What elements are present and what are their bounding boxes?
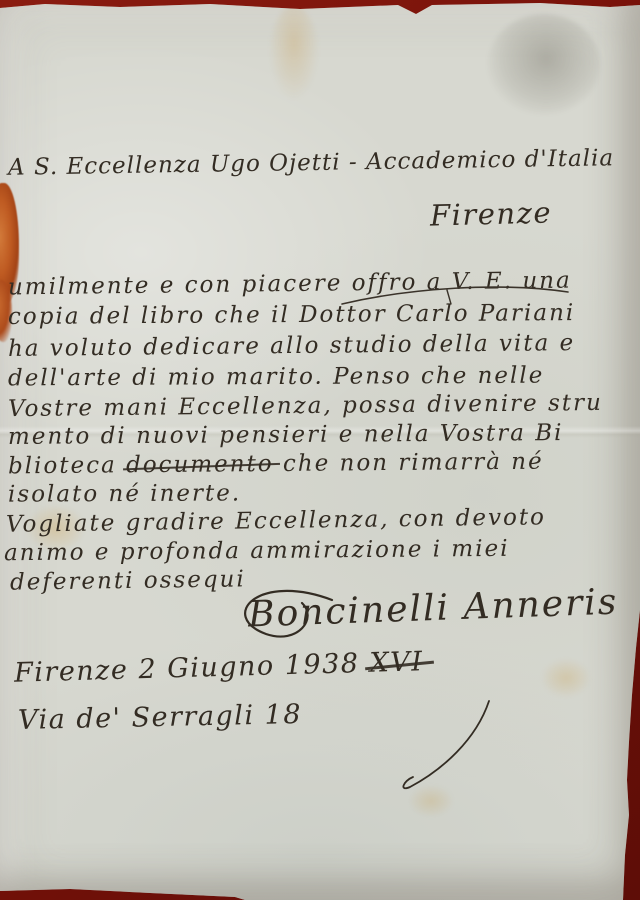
signature: Boncinelli Anneris bbox=[247, 582, 619, 636]
closing-line-1: Vogliate gradire Eccellenza, con devoto bbox=[6, 504, 546, 538]
scan-background: A S. Eccellenza Ugo Ojetti - Accademico … bbox=[0, 0, 640, 900]
body-line-3: ha voluto dedicare allo studio della vit… bbox=[8, 330, 575, 362]
closing-line-2: animo e profonda ammirazione i miei bbox=[4, 536, 510, 566]
foxing-stain-top bbox=[270, 6, 318, 98]
body-line-4: dell'arte di mio marito. Penso che nelle bbox=[8, 363, 544, 392]
foxing-stain-bottom bbox=[410, 786, 452, 816]
body-line-7: blioteca documento che non rimarrà né bbox=[8, 449, 544, 480]
date-text: Firenze 2 Giugno 1938 bbox=[14, 648, 370, 689]
address-line: Via de' Serragli 18 bbox=[18, 699, 303, 736]
recipient-line: A S. Eccellenza Ugo Ojetti - Accademico … bbox=[8, 145, 614, 181]
place-line: Firenze bbox=[430, 195, 553, 232]
crossed-out-fascist-era-numeral: XVI bbox=[369, 646, 424, 678]
body-line-2: copia del libro che il Dottor Carlo Pari… bbox=[8, 300, 575, 330]
body-line-1: umilmente e con piacere offro a V. E. un… bbox=[8, 268, 572, 301]
body-line-5: Vostre mani Eccellenza, possa divenire s… bbox=[8, 390, 603, 422]
closing-line-3: deferenti ossequi bbox=[10, 566, 246, 595]
crossed-out-word: documento bbox=[126, 451, 274, 478]
date-line: Firenze 2 Giugno 1938 XVI bbox=[14, 646, 424, 688]
foxing-stain-right bbox=[543, 660, 589, 696]
pen-descender-stroke bbox=[403, 701, 489, 788]
ink-smudge-stain bbox=[488, 14, 600, 114]
body-line-8: isolato né inerte. bbox=[8, 480, 241, 507]
body-line-7-post: che non rimarrà né bbox=[274, 449, 544, 477]
body-line-6: mento di nuovi pensieri e nella Vostra B… bbox=[8, 420, 564, 450]
body-line-7-pre: blioteca bbox=[8, 452, 126, 479]
letter-paper: A S. Eccellenza Ugo Ojetti - Accademico … bbox=[0, 0, 640, 900]
